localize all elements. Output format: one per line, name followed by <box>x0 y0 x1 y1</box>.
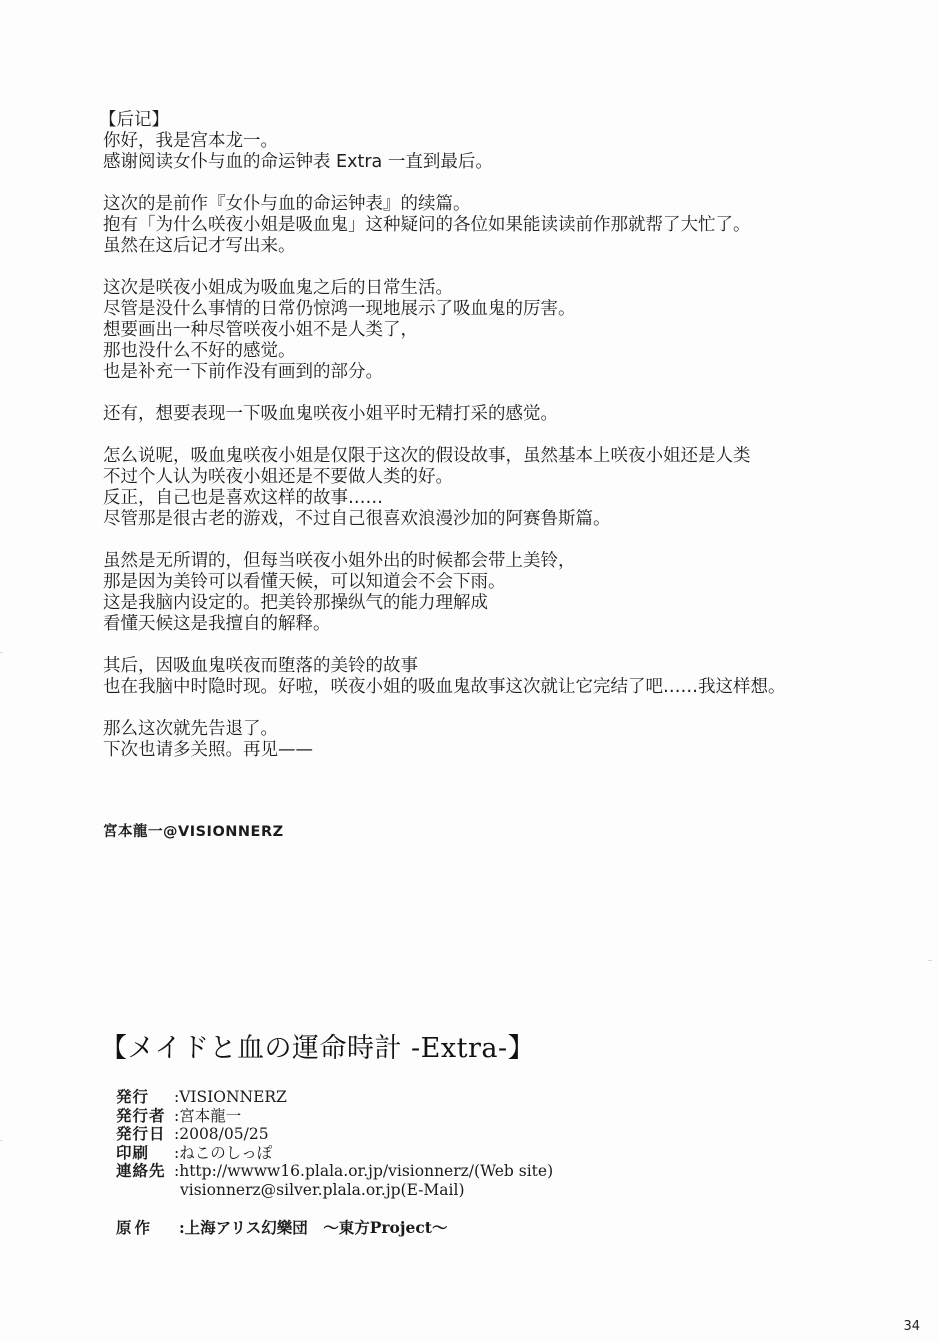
text-line: 尽管那是很古老的游戏，不过自己很喜欢浪漫沙加的阿赛鲁斯篇。 <box>103 509 903 530</box>
scan-artifact <box>0 1140 2 1141</box>
colophon-row-date: 発行日 :2008/05/25 <box>116 1125 553 1144</box>
text-line: 那么这次就先告退了。 <box>103 719 903 740</box>
text-line: 看懂天候这是我擅自的解释。 <box>103 614 903 635</box>
afterword-paragraph: 其后，因吸血鬼咲夜而堕落的美铃的故事 也在我脑中时隐时现。好啦，咲夜小姐的吸血鬼… <box>103 656 903 698</box>
original-label: 原作 <box>116 1216 174 1238</box>
text-line: 反正，自己也是喜欢这样的故事…… <box>103 488 903 509</box>
page-number: 34 <box>903 1319 920 1334</box>
colophon-row-contact: 連絡先 :http://wwww16.plala.or.jp/visionner… <box>116 1162 553 1181</box>
colophon-label: 発行日 <box>116 1125 174 1144</box>
text-line: 下次也请多关照。再见—— <box>103 740 903 761</box>
colophon-row-publisher: 発行 :VISIONNERZ <box>116 1088 553 1107</box>
text-line: 不过个人认为咲夜小姐还是不要做人类的好。 <box>103 467 903 488</box>
text-line: 怎么说呢，吸血鬼咲夜小姐是仅限于这次的假设故事，虽然基本上咲夜小姐还是人类 <box>103 446 903 467</box>
afterword-paragraph: 怎么说呢，吸血鬼咲夜小姐是仅限于这次的假设故事，虽然基本上咲夜小姐还是人类 不过… <box>103 446 903 530</box>
text-line: 那也没什么不好的感觉。 <box>103 341 903 362</box>
document-page: 【后记】 你好，我是宫本龙一。 感谢阅读女仆与血的命运钟表 Extra 一直到最… <box>0 0 938 1342</box>
afterword-paragraph: 那么这次就先告退了。 下次也请多关照。再见—— <box>103 719 903 761</box>
afterword-section: 【后记】 你好，我是宫本龙一。 感谢阅读女仆与血的命运钟表 Extra 一直到最… <box>103 110 903 782</box>
original-work: 原作 :上海アリス幻樂団 ～東方Project～ <box>116 1216 447 1238</box>
text-line: 这次的是前作『女仆与血的命运钟表』的续篇。 <box>103 194 903 215</box>
text-line: 这是我脑内设定的。把美铃那操纵气的能力理解成 <box>103 593 903 614</box>
colophon-value: :VISIONNERZ <box>174 1088 287 1107</box>
text-line: 感谢阅读女仆与血的命运钟表 Extra 一直到最后。 <box>103 152 903 173</box>
afterword-paragraph: 你好，我是宫本龙一。 感谢阅读女仆与血的命运钟表 Extra 一直到最后。 <box>103 131 903 173</box>
book-title: 【メイドと血の運命時計 -Extra-】 <box>100 1026 535 1065</box>
contact-website: :http://wwww16.plala.or.jp/visionnerz/(W… <box>174 1162 553 1181</box>
afterword-heading: 【后记】 <box>99 110 903 131</box>
text-line: 抱有「为什么咲夜小姐是吸血鬼」这种疑问的各位如果能读读前作那就帮了大忙了。 <box>103 215 903 236</box>
text-line: 还有，想要表现一下吸血鬼咲夜小姐平时无精打采的感觉。 <box>103 404 903 425</box>
text-line: 尽管是没什么事情的日常仍惊鸿一现地展示了吸血鬼的厉害。 <box>103 299 903 320</box>
text-line: 也是补充一下前作没有画到的部分。 <box>103 362 903 383</box>
afterword-paragraph: 还有，想要表现一下吸血鬼咲夜小姐平时无精打采的感觉。 <box>103 404 903 425</box>
scan-artifact <box>0 652 3 653</box>
scan-artifact <box>928 960 932 961</box>
text-line: 虽然是无所谓的，但每当咲夜小姐外出的时候都会带上美铃， <box>103 551 903 572</box>
author-signature: 宮本龍一@VISIONNERZ <box>103 820 284 841</box>
colophon-row-issuer: 発行者 :宮本龍一 <box>116 1107 553 1126</box>
text-line: 虽然在这后记才写出来。 <box>103 236 903 257</box>
colophon-row-email: visionnerz@silver.plala.or.jp(E-Mail) <box>116 1181 553 1200</box>
colophon-row-printer: 印刷 :ねこのしっぽ <box>116 1144 553 1163</box>
afterword-paragraph: 虽然是无所谓的，但每当咲夜小姐外出的时候都会带上美铃， 那是因为美铃可以看懂天候… <box>103 551 903 635</box>
colophon-label: 発行者 <box>116 1107 174 1126</box>
text-line: 其后，因吸血鬼咲夜而堕落的美铃的故事 <box>103 656 903 677</box>
text-line: 你好，我是宫本龙一。 <box>103 131 903 152</box>
afterword-paragraph: 这次的是前作『女仆与血的命运钟表』的续篇。 抱有「为什么咲夜小姐是吸血鬼」这种疑… <box>103 194 903 257</box>
colophon-value: :ねこのしっぽ <box>174 1144 272 1163</box>
text-line: 也在我脑中时隐时现。好啦，咲夜小姐的吸血鬼故事这次就让它完结了吧……我这样想。 <box>103 677 903 698</box>
text-line: 那是因为美铃可以看懂天候，可以知道会不会下雨。 <box>103 572 903 593</box>
colophon-label: 連絡先 <box>116 1162 174 1181</box>
original-value: :上海アリス幻樂団 ～東方Project～ <box>179 1218 448 1237</box>
afterword-paragraph: 这次是咲夜小姐成为吸血鬼之后的日常生活。 尽管是没什么事情的日常仍惊鸿一现地展示… <box>103 278 903 383</box>
text-line: 这次是咲夜小姐成为吸血鬼之后的日常生活。 <box>103 278 903 299</box>
colophon: 発行 :VISIONNERZ 発行者 :宮本龍一 発行日 :2008/05/25… <box>116 1088 553 1199</box>
colophon-value: :宮本龍一 <box>174 1107 241 1126</box>
colophon-label: 発行 <box>116 1088 174 1107</box>
colophon-value: :2008/05/25 <box>174 1125 269 1144</box>
colophon-label: 印刷 <box>116 1144 174 1163</box>
text-line: 想要画出一种尽管咲夜小姐不是人类了， <box>103 320 903 341</box>
contact-email: visionnerz@silver.plala.or.jp(E-Mail) <box>180 1181 465 1200</box>
